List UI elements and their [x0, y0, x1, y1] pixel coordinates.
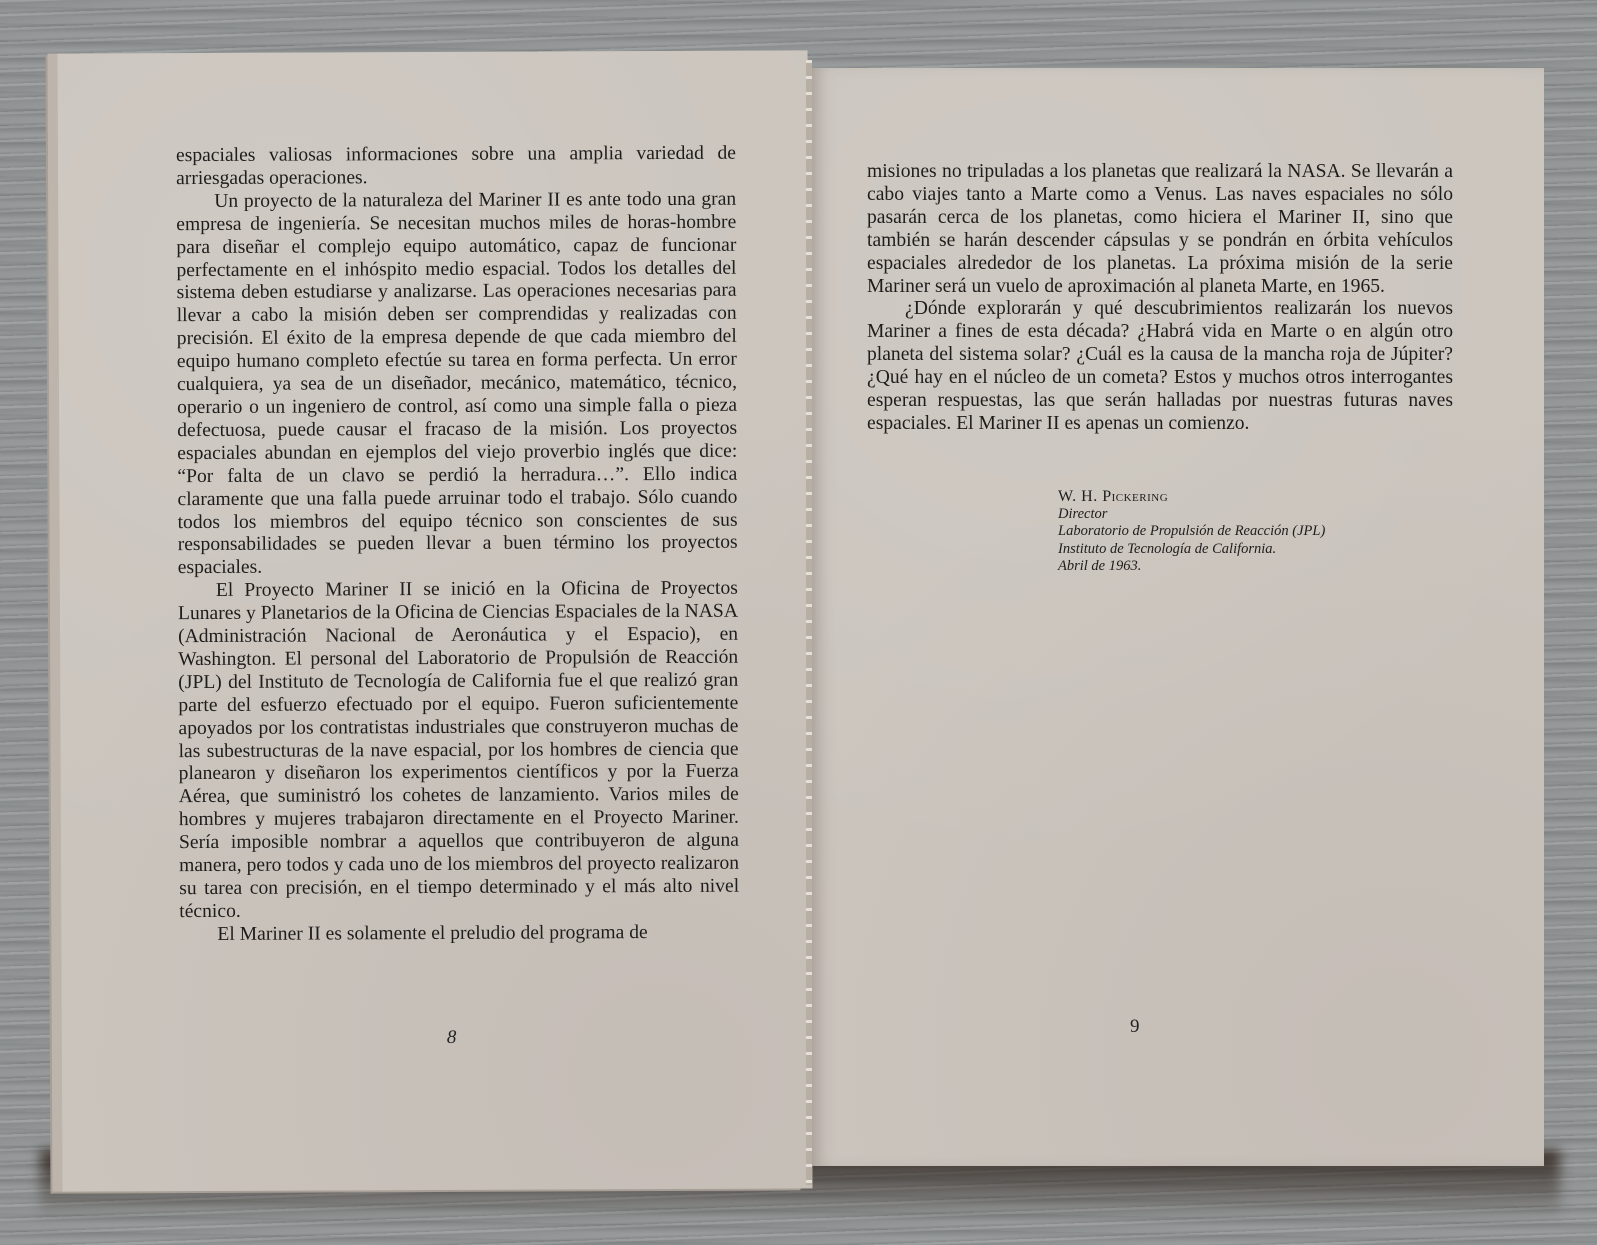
left-page-body: espaciales valiosas informaciones sobre … — [176, 143, 739, 947]
page-number: 9 — [1130, 1016, 1140, 1038]
signature-affiliation-institute: Instituto de Tecnología de California. — [1058, 541, 1458, 559]
paragraph: espaciales valiosas informaciones sobre … — [176, 143, 736, 191]
right-page: misiones no tripuladas a los planetas qu… — [812, 68, 1544, 1166]
paragraph: Un proyecto de la naturaleza del Mariner… — [176, 188, 738, 580]
paragraph: ¿Dónde explorarán y qué descubrimientos … — [867, 298, 1453, 435]
signature-block: W. H. Pickering Director Laboratorio de … — [1058, 488, 1458, 576]
signature-date: Abril de 1963. — [1058, 558, 1458, 576]
right-page-body: misiones no tripuladas a los planetas qu… — [867, 161, 1453, 436]
signature-affiliation-lab: Laboratorio de Propulsión de Reacción (J… — [1058, 523, 1458, 541]
paragraph: El Mariner II es solamente el preludio d… — [179, 921, 739, 946]
paragraph: misiones no tripuladas a los planetas qu… — [867, 161, 1453, 298]
paragraph: El Proyecto Mariner II se inició en la O… — [178, 578, 739, 924]
left-page: espaciales valiosas informaciones sobre … — [58, 50, 813, 1191]
page-number: 8 — [447, 1027, 457, 1049]
signature-title: Director — [1058, 506, 1458, 524]
signature-name: W. H. Pickering — [1058, 488, 1458, 506]
